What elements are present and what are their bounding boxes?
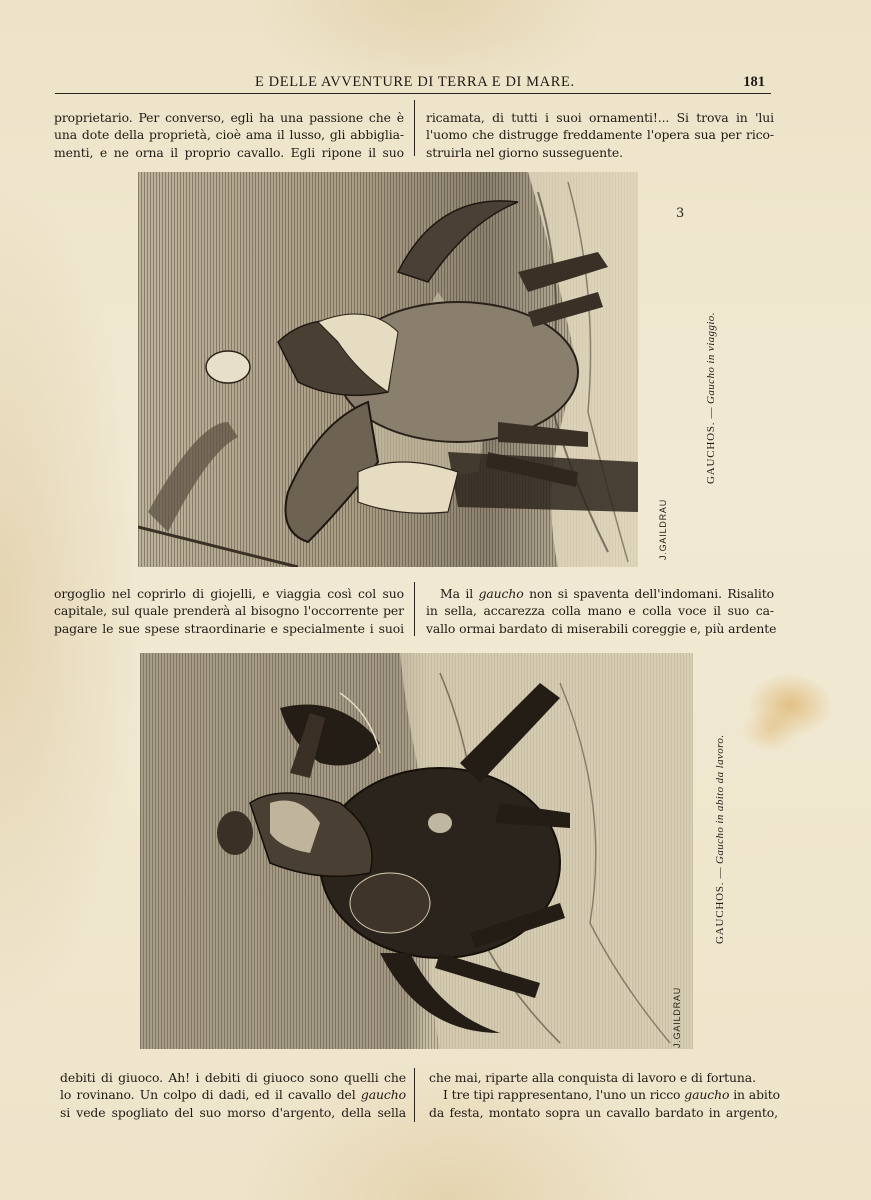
italic-word: gaucho [361,1087,406,1102]
text-fragment: I tre tipi rappresentano, l'uno un ricco [443,1087,684,1102]
running-title: E DELLE AVVENTURE DI TERRA E DI MARE. [255,74,575,91]
text-line: Ma il gaucho non si spaventa dell'indoma… [426,585,774,602]
text-line: proprietario. Per converso, egli ha una … [54,109,404,126]
italic-word: gaucho [684,1087,729,1102]
text-line: orgoglio nel coprirlo di giojelli, e via… [54,585,404,602]
plate-mark: 3 [676,206,684,221]
caption-text: Gaucho in abito da lavoro. [714,735,726,864]
caption-dash: — [705,404,717,422]
text-line: una dote della proprietà, cioè ama il lu… [54,126,404,143]
text-line: da festa, montato sopra un cavallo barda… [429,1104,778,1121]
text-line: che mai, riparte alla conquista di lavor… [429,1069,778,1086]
caption-lead: GAUCHOS. [714,882,726,944]
text-line: struirla nel giorno susseguente. [426,144,774,161]
page-number: 181 [743,74,765,91]
text-line: capitale, sul quale prenderà al bisogno … [54,602,404,619]
text-column-right-middle: Ma il gaucho non si spaventa dell'indoma… [426,585,774,637]
text-line: ricamata, di tutti i suoi ornamenti!... … [426,109,774,126]
engraving-horse-and-rider-icon [138,172,638,567]
figure-caption-1: GAUCHOS. — Gaucho in viaggio. [705,312,717,484]
text-column-left-top: proprietario. Per converso, egli ha una … [54,109,404,161]
caption-dash: — [714,864,726,882]
illustration-gaucho-work-attire [140,653,693,1049]
text-column-left-middle: orgoglio nel coprirlo di giojelli, e via… [54,585,404,637]
column-divider-bottom [414,1068,415,1122]
column-divider-middle [414,582,415,636]
text-line: pagare le sue spese straordinarie e spec… [54,620,404,637]
text-column-left-bottom: debiti di giuoco. Ah! i debiti di giuoco… [60,1069,406,1121]
column-divider-top [414,100,415,156]
engraving-galloping-horse-icon [140,653,693,1049]
text-fragment: in abito [729,1087,780,1102]
caption-lead: GAUCHOS. [705,422,717,484]
text-fragment: non si spaventa dell'indomani. Risalito [524,586,774,601]
text-fragment: Ma il [440,586,479,601]
text-line: vallo ormai bardato di miserabili coregg… [426,620,774,637]
text-line: I tre tipi rappresentano, l'uno un ricco… [429,1086,778,1103]
italic-word: gaucho [479,586,524,601]
text-line: si vede spogliato del suo morso d'argent… [60,1104,406,1121]
figure-caption-2: GAUCHOS. — Gaucho in abito da lavoro. [714,735,726,945]
running-head: E DELLE AVVENTURE DI TERRA E DI MARE. 18… [55,71,771,94]
engraver-signature-1: J.GAILDRAU [658,499,668,560]
text-fragment: lo rovinano. Un colpo di dadi, ed il cav… [60,1087,361,1102]
text-line: debiti di giuoco. Ah! i debiti di giuoco… [60,1069,406,1086]
text-line: in sella, accarezza colla mano e colla v… [426,602,774,619]
text-line: lo rovinano. Un colpo di dadi, ed il cav… [60,1086,406,1103]
text-column-right-bottom: che mai, riparte alla conquista di lavor… [429,1069,778,1121]
illustration-gaucho-traveling [138,172,638,567]
text-line: menti, e ne orna il proprio cavallo. Egl… [54,144,404,161]
engraver-signature-2: J.GAILDRAU [672,987,682,1048]
text-line: l'uomo che distrugge freddamente l'opera… [426,126,774,143]
caption-text: Gaucho in viaggio. [705,312,717,404]
text-column-right-top: ricamata, di tutti i suoi ornamenti!... … [426,109,774,161]
